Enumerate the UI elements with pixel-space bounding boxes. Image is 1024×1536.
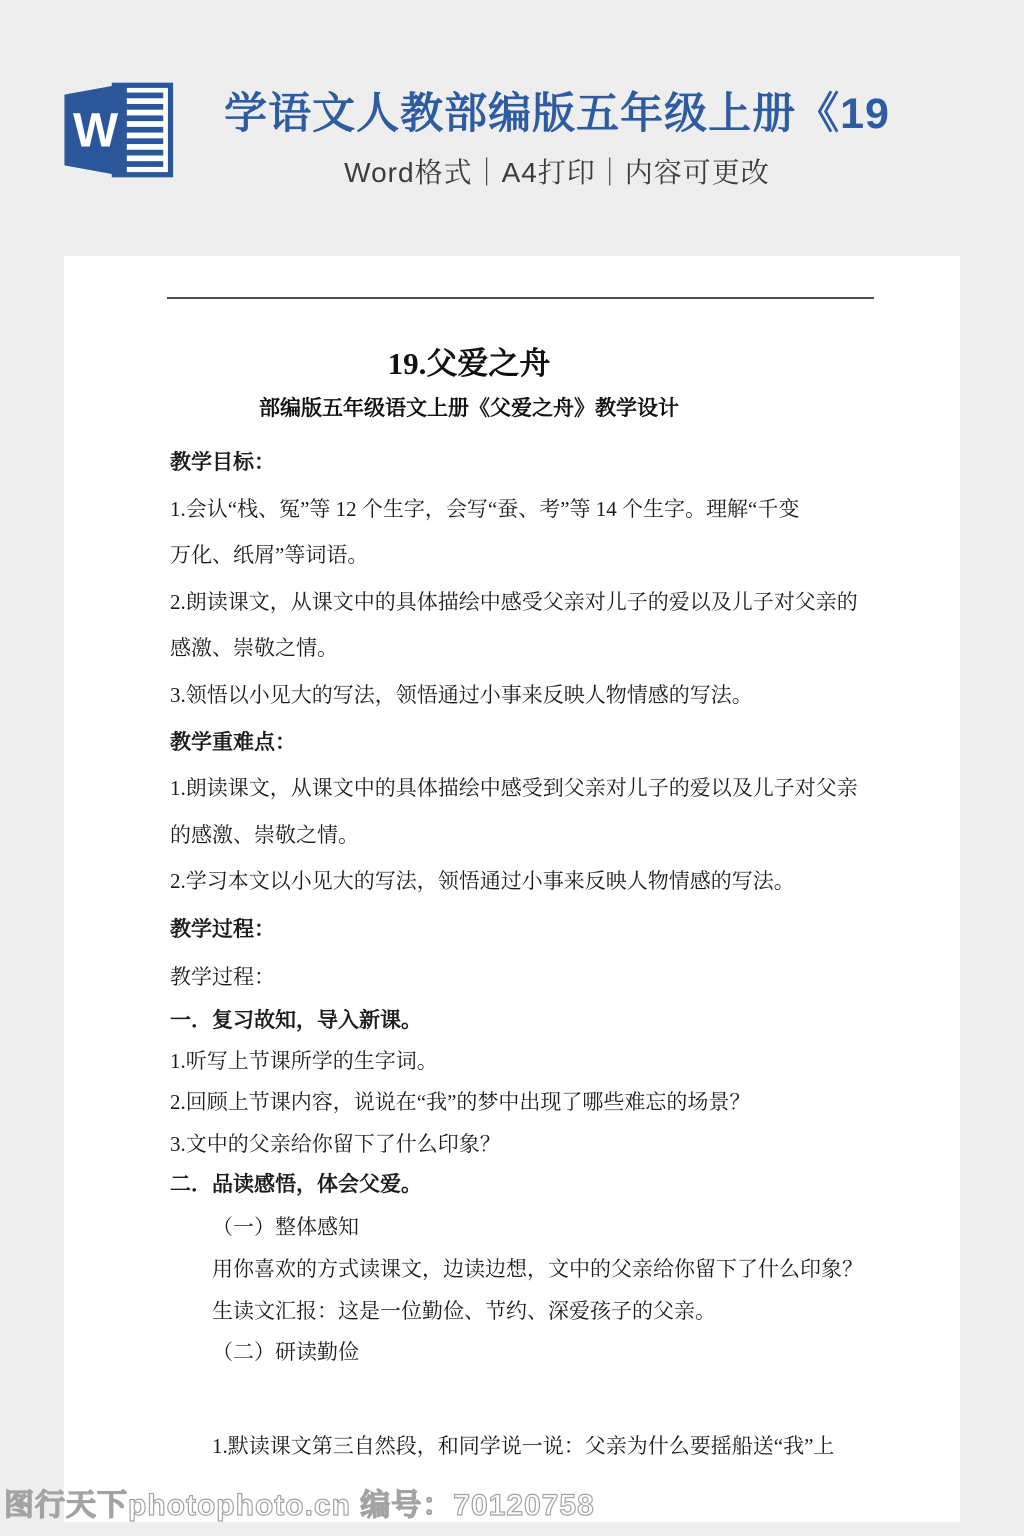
document-title: 19.父爱之舟 bbox=[388, 346, 551, 381]
page-title: 学语文人教部编版五年级上册《19 bbox=[224, 90, 890, 139]
doc-line: 万化、纸屑”等词语。 bbox=[170, 534, 368, 576]
doc-line: 3.文中的父亲给你留下了什么印象？ bbox=[170, 1123, 501, 1165]
page-subtitle: Word格式｜A4打印｜内容可更改 bbox=[224, 151, 890, 191]
doc-line: 1.默读课文第三自然段，和同学说一说：父亲为什么要摇船送“我”上 bbox=[212, 1425, 834, 1467]
doc-line: 感激、崇敬之情。 bbox=[170, 627, 338, 669]
doc-line: （二）研读勤俭 bbox=[212, 1331, 359, 1373]
doc-line: 教学重难点： bbox=[170, 721, 296, 763]
site-watermark: 图行天下photophoto.cn 编号：70120758 bbox=[4, 1480, 595, 1524]
doc-line: 生读文汇报：这是一位勤俭、节约、深爱孩子的父亲。 bbox=[212, 1290, 716, 1332]
document-subtitle: 部编版五年级语文上册《父爱之舟》教学设计 bbox=[259, 396, 679, 420]
doc-line: 教学过程： bbox=[170, 956, 275, 998]
word-icon: W bbox=[58, 78, 178, 182]
header-text-block: 学语文人教部编版五年级上册《19 Word格式｜A4打印｜内容可更改 bbox=[224, 90, 890, 191]
doc-line: 1.朗读课文，从课文中的具体描绘中感受到父亲对儿子的爱以及儿子对父亲 bbox=[170, 767, 858, 809]
doc-line: （一）整体感知 bbox=[212, 1206, 359, 1248]
word-icon-w-letter: W bbox=[73, 105, 119, 158]
doc-line: 的感激、崇敬之情。 bbox=[170, 814, 359, 856]
doc-line: 1.听写上节课所学的生字词。 bbox=[170, 1040, 438, 1082]
document-page: 19.父爱之舟 部编版五年级语文上册《父爱之舟》教学设计 教学目标：1.会认“栈… bbox=[64, 256, 960, 1522]
site-header: W 学语文人教部编版五年级上册《19 Word格式｜A4打印｜内容可更改 bbox=[0, 0, 1024, 256]
doc-line: 3.领悟以小见大的写法，领悟通过小事来反映人物情感的写法。 bbox=[170, 674, 753, 716]
doc-line: 教学过程： bbox=[170, 908, 275, 950]
doc-line: 用你喜欢的方式读课文，边读边想，文中的父亲给你留下了什么印象？ bbox=[212, 1248, 863, 1290]
doc-line: 二．品读感悟，体会父爱。 bbox=[170, 1163, 422, 1205]
doc-line: 一．复习故知，导入新课。 bbox=[170, 999, 422, 1041]
doc-line: 2.学习本文以小见大的写法，领悟通过小事来反映人物情感的写法。 bbox=[170, 860, 795, 902]
doc-line: 2.回顾上节课内容，说说在“我”的梦中出现了哪些难忘的场景？ bbox=[170, 1081, 750, 1123]
doc-line: 2.朗读课文，从课文中的具体描绘中感受父亲对儿子的爱以及儿子对父亲的 bbox=[170, 581, 858, 623]
document-header-rule bbox=[167, 297, 874, 299]
doc-line: 1.会认“栈、冤”等 12 个生字，会写“蚕、考”等 14 个生字。理解“千变 bbox=[170, 488, 799, 530]
doc-line: 教学目标： bbox=[170, 441, 275, 483]
